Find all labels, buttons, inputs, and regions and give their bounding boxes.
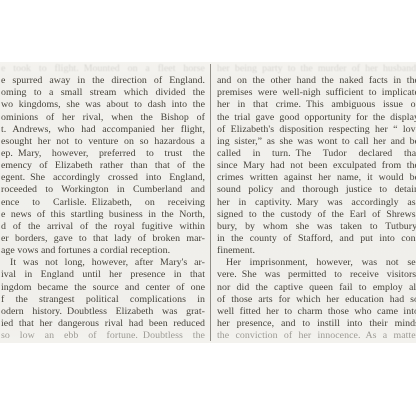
- text-line: vere. She was permitted to receive visit…: [217, 269, 416, 281]
- text-line: t. Andrews, who had accompanied her flig…: [1, 124, 205, 136]
- text-line: finement.: [217, 245, 416, 257]
- text-line: her presence, and to instill into their …: [217, 318, 416, 330]
- text-line: called in turn. The Tudor declared that: [217, 148, 416, 160]
- text-line: bury, by whom she was taken to Tutbury,: [217, 221, 416, 233]
- text-line: her in that crime. This ambiguous issue …: [217, 99, 416, 111]
- text-line: ival in England until her presence in th…: [1, 269, 205, 281]
- text-line: of Elizabeth's disposition respecting he…: [217, 124, 416, 136]
- left-text-column: e took to flight. Mounted on a fleet hor…: [1, 63, 205, 342]
- text-line: d of the arrival of the royal fugitive w…: [1, 221, 205, 233]
- text-line: well fitted her to charm those who came …: [217, 306, 416, 318]
- text-line: ied that her dangerous rival had been re…: [1, 318, 205, 330]
- right-text-column: her being party to the murder of her hus…: [217, 63, 416, 342]
- text-line: ing sister,” as she was wont to call her…: [217, 136, 416, 148]
- text-line: ingdom became the source and center of o…: [1, 282, 205, 294]
- text-line: ominions of her rival, when the Bishop o…: [1, 112, 205, 124]
- text-line: of those arts for which her education ha…: [217, 294, 416, 306]
- text-line: e news of this startling business in the…: [1, 209, 205, 221]
- text-line: so low an ebb of fortune. Doubtless the: [1, 330, 205, 342]
- text-line: er borders, gave to that lady of broken …: [1, 233, 205, 245]
- text-line: oming to a small stream which divided th…: [1, 87, 205, 99]
- text-line: and on the other hand the naked facts in…: [217, 75, 416, 87]
- text-line: roceeded to Workington in Cumberland and: [1, 184, 205, 196]
- text-line: her in captivity. Mary was accordingly a…: [217, 197, 416, 209]
- column-divider-rule: [210, 64, 211, 341]
- text-line: nor did the captive queen fail to employ…: [217, 282, 416, 294]
- text-line: Her imprisonment, however, was not se-: [217, 257, 416, 269]
- text-line: wo kingdoms, she was about to dash into …: [1, 99, 205, 111]
- text-line: ence to Carlisle. Elizabeth, on receivin…: [1, 197, 205, 209]
- text-line: odern history. Doubtless Elizabeth was g…: [1, 306, 205, 318]
- text-line: egent. She accordingly crossed into Engl…: [1, 172, 205, 184]
- text-line: e took to flight. Mounted on a fleet hor…: [1, 63, 205, 75]
- text-line: sound policy and thorough justice to det…: [217, 184, 416, 196]
- text-line: f the strangest political complications …: [1, 294, 205, 306]
- text-line: the conviction of her innocence. As a ma…: [217, 330, 416, 342]
- text-line: e spurred away in the direction of Engla…: [1, 75, 205, 87]
- text-line: emency of Elizabeth rather than that of …: [1, 160, 205, 172]
- text-line: It was not long, however, after Mary's a…: [1, 257, 205, 269]
- text-line: crimes written against her name, it woul…: [217, 172, 416, 184]
- text-line: esought her not to venture on so hazardo…: [1, 136, 205, 148]
- text-line: her being party to the murder of her hus…: [217, 63, 416, 75]
- text-line: in the county of Stafford, and put into …: [217, 233, 416, 245]
- text-line: signed to the custody of the Earl of Shr…: [217, 209, 416, 221]
- text-line: premises were well-nigh sufficient to im…: [217, 87, 416, 99]
- text-line: since Mary had not been exculpated from …: [217, 160, 416, 172]
- text-line: ep. Mary, however, preferred to trust th…: [1, 148, 205, 160]
- text-line: the trial gave good opportunity for the …: [217, 112, 416, 124]
- text-line: age vows and fortunes a cordial receptio…: [1, 245, 205, 257]
